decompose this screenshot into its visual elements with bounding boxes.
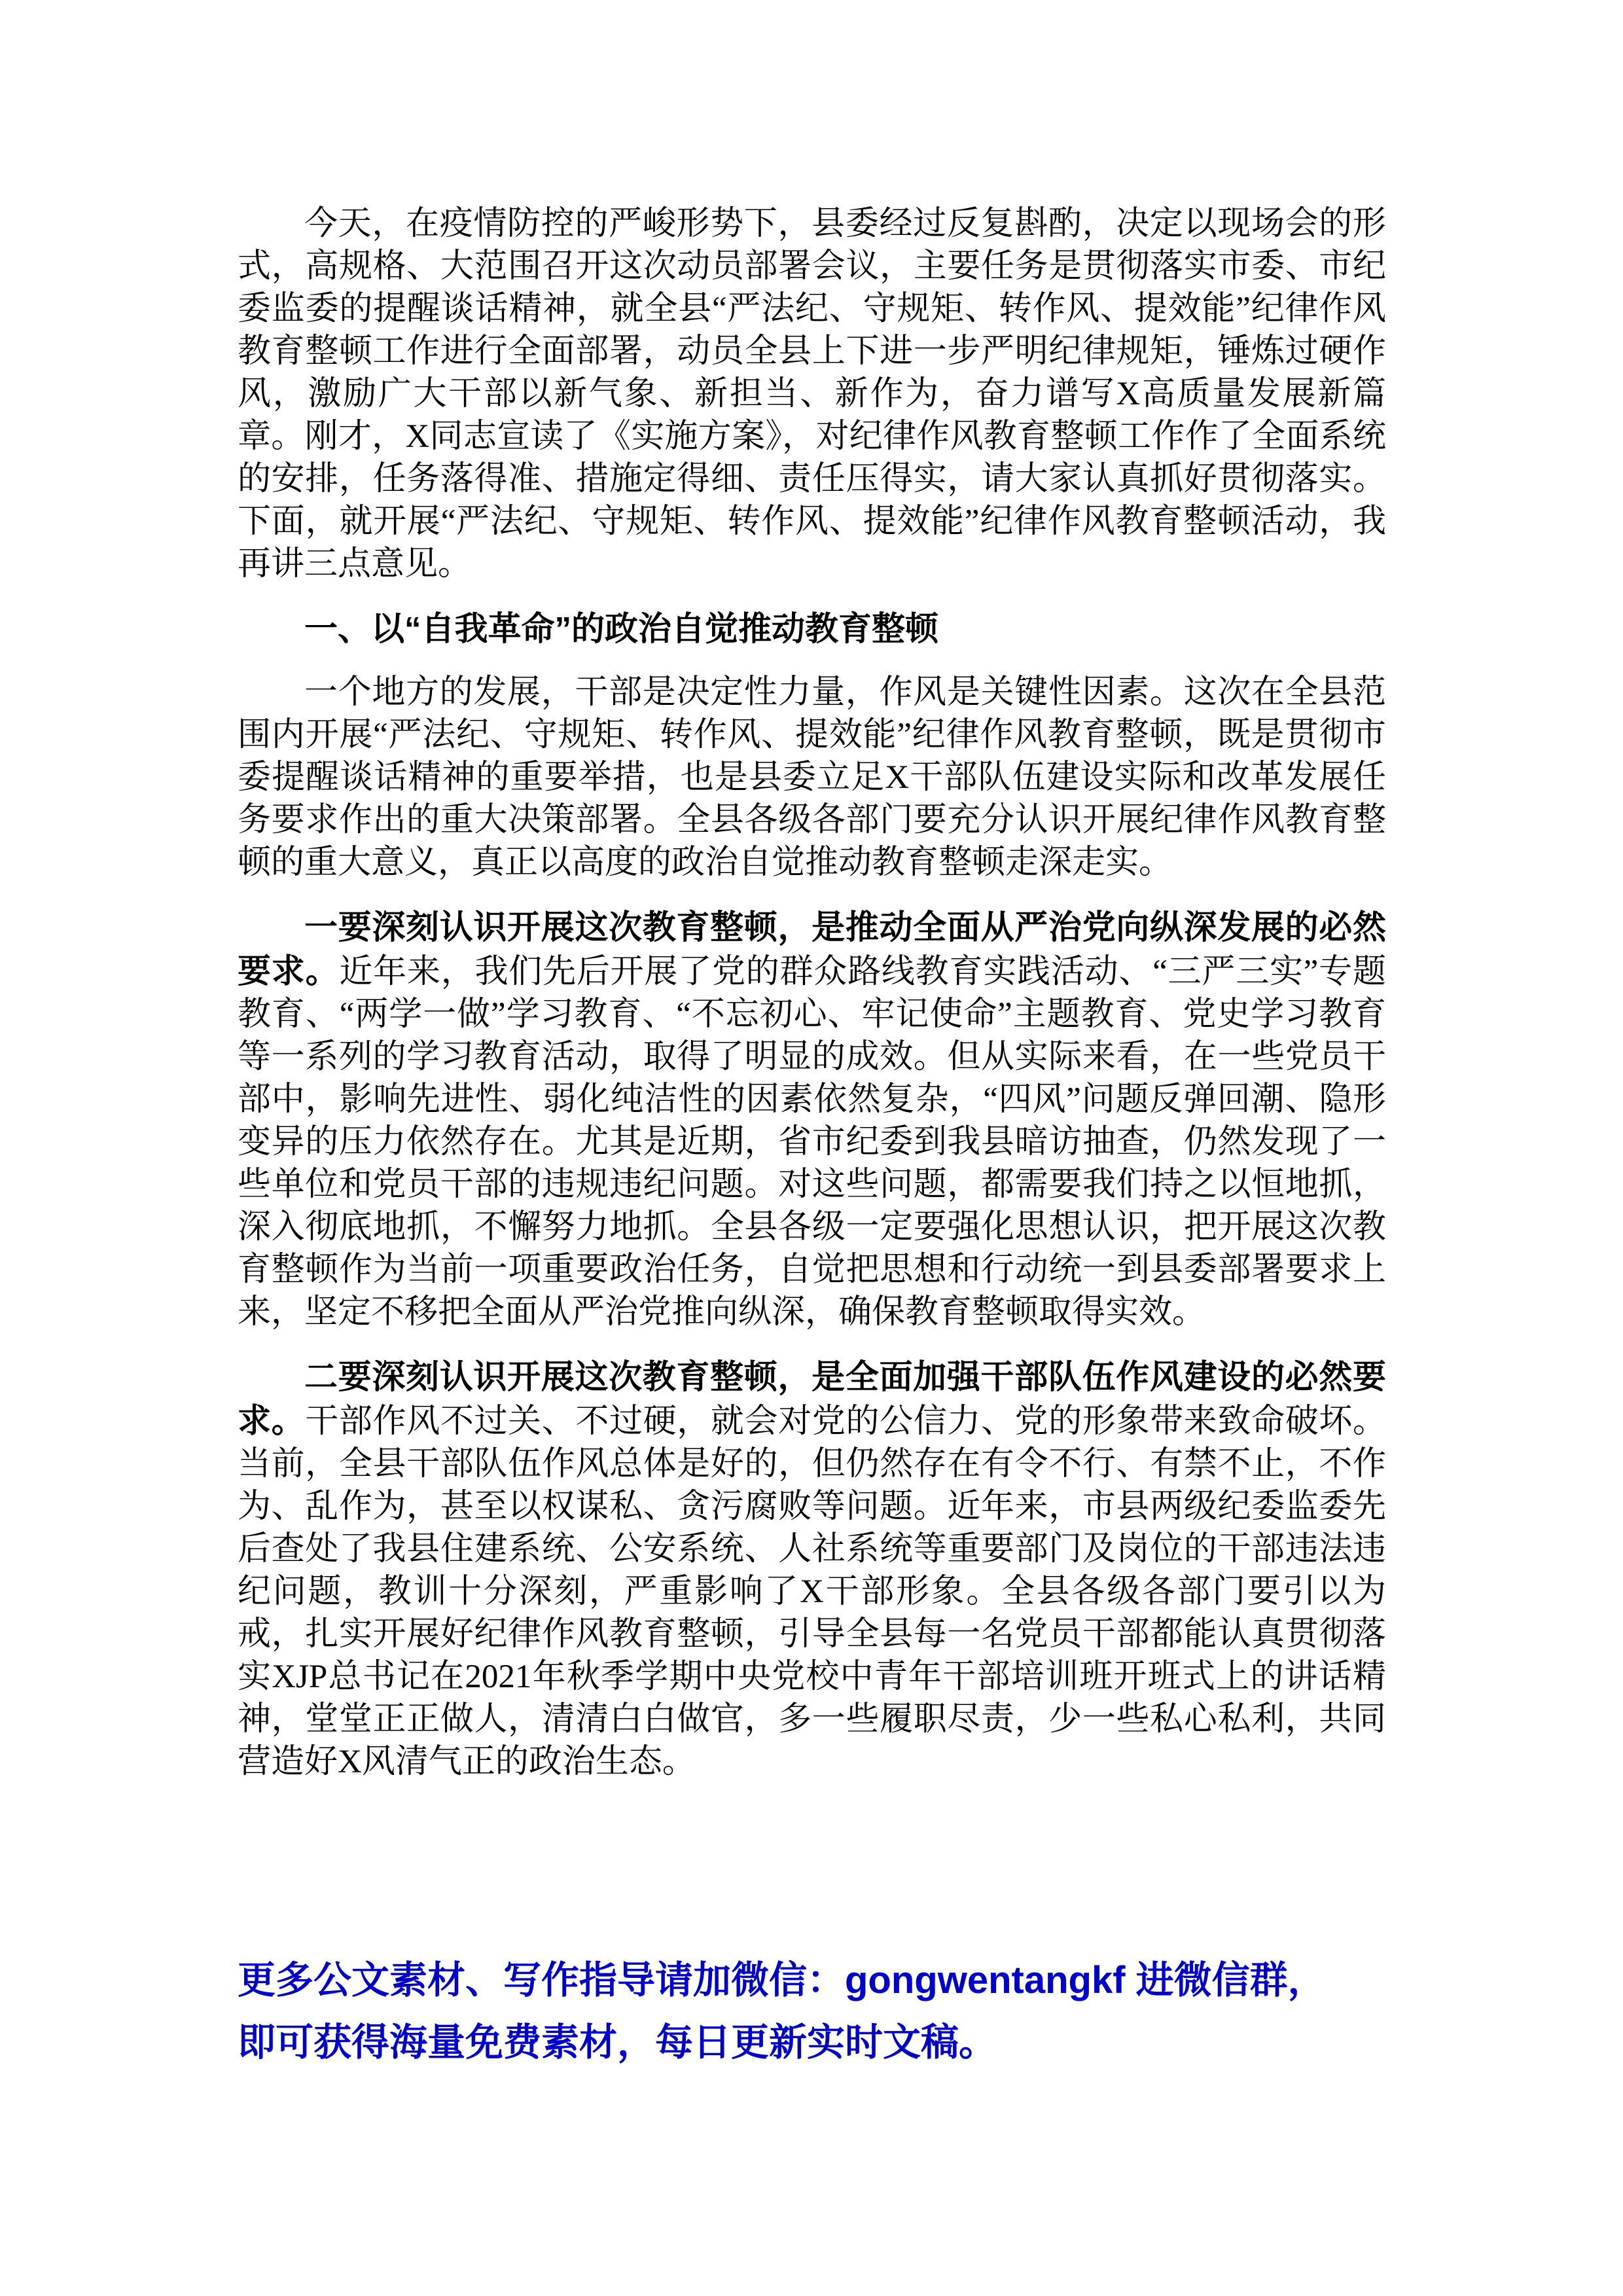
promo-footer: 更多公文素材、写作指导请加微信：gongwentangkf 进微信群， 即可获得… bbox=[238, 1949, 1435, 2073]
section-heading-1: 一、以“自我革命”的政治自觉推动教育整顿 bbox=[238, 607, 1386, 650]
point-1-paragraph: 一要深刻认识开展这次教育整顿，是推动全面从严治党向纵深发展的必然要求。近年来，我… bbox=[238, 906, 1386, 1334]
intro-paragraph: 今天，在疫情防控的严峻形势下，县委经过反复斟酌，决定以现场会的形式，高规格、大范… bbox=[238, 203, 1386, 586]
point-2-paragraph: 二要深刻认识开展这次教育整顿，是全面加强干部队伍作风建设的必然要求。干部作风不过… bbox=[238, 1355, 1386, 1784]
point-2-text: 干部作风不过关、不过硬，就会对党的公信力、党的形象带来致命破坏。当前，全县干部队… bbox=[238, 1403, 1386, 1780]
document-body: 今天，在疫情防控的严峻形势下，县委经过反复斟酌，决定以现场会的形式，高规格、大范… bbox=[238, 203, 1386, 1805]
document-page: 今天，在疫情防控的严峻形势下，县委经过反复斟酌，决定以现场会的形式，高规格、大范… bbox=[0, 0, 1623, 2296]
point-1-text: 近年来，我们先后开展了党的群众路线教育实践活动、“三严三实”专题教育、“两学一做… bbox=[238, 954, 1386, 1331]
promo-line-1: 更多公文素材、写作指导请加微信：gongwentangkf 进微信群， bbox=[238, 1949, 1435, 2011]
promo-line-2: 即可获得海量免费素材，每日更新实时文稿。 bbox=[238, 2011, 1435, 2073]
section-1-paragraph: 一个地方的发展，干部是决定性力量，作风是关键性因素。这次在全县范围内开展“严法纪… bbox=[238, 672, 1386, 884]
